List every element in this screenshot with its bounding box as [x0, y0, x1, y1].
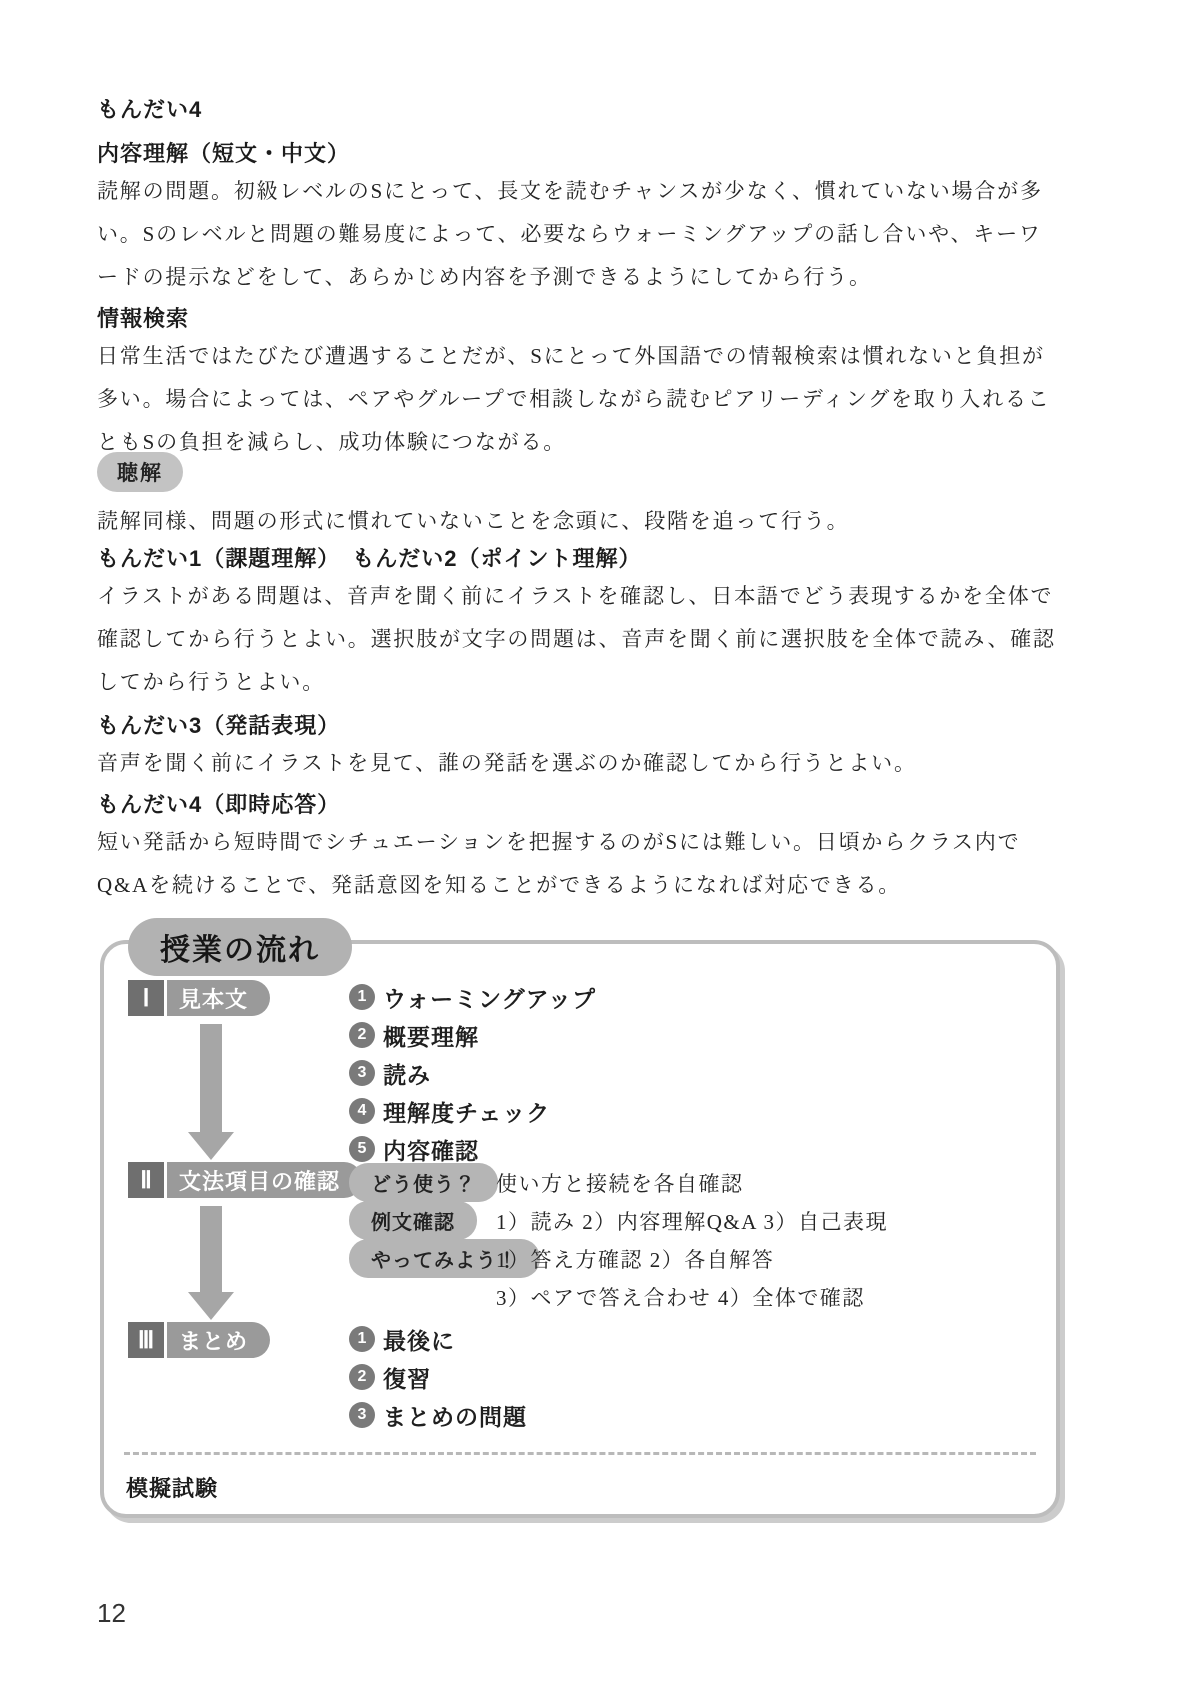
section-heading-jouhoukensaku: 情報検索 — [97, 305, 1079, 333]
flow-step-2: Ⅱ 文法項目の確認 — [128, 1162, 362, 1198]
item-number-badge: 2 — [349, 1364, 375, 1390]
sub-activity-text: 1）読み 2）内容理解Q&A 3）自己表現 — [496, 1206, 888, 1236]
paragraph-listening-1: イラストがある問題は、音声を聞く前にイラストを確認し、日本語でどう表現するかを全… — [97, 575, 1079, 704]
flow-step3-item: 1 最後に — [349, 1324, 455, 1354]
step-label-1: 見本文 — [167, 980, 270, 1016]
step-label-2: 文法項目の確認 — [167, 1162, 362, 1198]
item-label: 概要理解 — [383, 1019, 479, 1052]
sub-activity-text: 3）ペアで答え合わせ 4）全体で確認 — [496, 1282, 865, 1312]
item-label: ウォーミングアップ — [383, 981, 596, 1014]
section-heading-naiyourikai: 内容理解（短文・中文） — [97, 140, 1079, 168]
item-label: 読み — [383, 1057, 431, 1090]
flow-step3-item: 3 まとめの問題 — [349, 1400, 527, 1430]
section-heading-mondai4-sokuji: もんだい4（即時応答） — [97, 791, 1079, 819]
paragraph-reading-2: 日常生活ではたびたび遭遇することだが、Sにとって外国語での情報検索は慣れないと負… — [97, 335, 1079, 464]
step-numeral-2: Ⅱ — [128, 1162, 164, 1198]
step-label-3: まとめ — [167, 1322, 270, 1358]
section-heading-mondai3: もんだい3（発話表現） — [97, 712, 1079, 740]
item-number-badge: 3 — [349, 1060, 375, 1086]
listening-section: 聴解 読解同様、問題の形式に慣れていないことを念頭に、段階を追って行う。 もんだ… — [97, 452, 1079, 907]
sub-activity-pill: どう使う？ — [349, 1163, 498, 1202]
item-label: 内容確認 — [383, 1133, 479, 1166]
item-label: 復習 — [383, 1361, 431, 1394]
step-numeral-3: Ⅲ — [128, 1322, 164, 1358]
flow-step1-item: 3 読み — [349, 1058, 431, 1088]
flow-step-1: Ⅰ 見本文 — [128, 980, 270, 1016]
flow-step1-item: 5 内容確認 — [349, 1134, 479, 1164]
sub-activity-text: 使い方と接続を各自確認 — [496, 1168, 744, 1198]
section-heading-mondai1-2: もんだい1（課題理解） もんだい2（ポイント理解） — [97, 545, 1079, 573]
arrow-down-icon — [200, 1024, 222, 1132]
listening-badge: 聴解 — [97, 452, 183, 492]
paragraph-listening-intro: 読解同様、問題の形式に慣れていないことを念頭に、段階を追って行う。 — [97, 500, 1079, 543]
flow-step-3: Ⅲ まとめ — [128, 1322, 270, 1358]
paragraph-reading-1: 読解の問題。初級レベルのSにとって、長文を読むチャンスが少なく、慣れていない場合… — [97, 170, 1079, 299]
flow-step3-item: 2 復習 — [349, 1362, 431, 1392]
item-number-badge: 4 — [349, 1098, 375, 1124]
item-number-badge: 1 — [349, 1326, 375, 1352]
paragraph-listening-3: 短い発話から短時間でシチュエーションを把握するのがSには難しい。日頃からクラス内… — [97, 821, 1079, 907]
item-label: 最後に — [383, 1323, 455, 1356]
item-number-badge: 3 — [349, 1402, 375, 1428]
sub-activity-pill: 例文確認 — [349, 1201, 477, 1240]
item-label: 理解度チェック — [383, 1095, 550, 1128]
reading-section: もんだい4 内容理解（短文・中文） 読解の問題。初級レベルのSにとって、長文を読… — [97, 96, 1079, 464]
flow-step1-item: 1 ウォーミングアップ — [349, 982, 596, 1012]
item-number-badge: 1 — [349, 984, 375, 1010]
flow-footer-mogishiken: 模擬試験 — [126, 1472, 218, 1503]
page-number: 12 — [97, 1598, 126, 1629]
document-page: もんだい4 内容理解（短文・中文） 読解の問題。初級レベルのSにとって、長文を読… — [0, 0, 1200, 1693]
item-label: まとめの問題 — [383, 1399, 527, 1432]
sub-activity-text: 1）答え方確認 2）各自解答 — [496, 1244, 774, 1274]
section-heading-mondai4: もんだい4 — [97, 96, 1079, 124]
lesson-flow-box: 授業の流れ Ⅰ 見本文 1 ウォーミングアップ 2 概要理解 3 読み 4 理解… — [100, 940, 1060, 1518]
step-numeral-1: Ⅰ — [128, 980, 164, 1016]
paragraph-listening-2: 音声を聞く前にイラストを見て、誰の発話を選ぶのか確認してから行うとよい。 — [97, 742, 1079, 785]
item-number-badge: 5 — [349, 1136, 375, 1162]
flow-step1-item: 4 理解度チェック — [349, 1096, 550, 1126]
arrow-down-icon — [200, 1206, 222, 1292]
arrow-down-icon — [188, 1132, 234, 1160]
flow-box-title: 授業の流れ — [128, 918, 352, 976]
dashed-divider — [124, 1452, 1036, 1455]
arrow-down-icon — [188, 1292, 234, 1320]
flow-step1-item: 2 概要理解 — [349, 1020, 479, 1050]
item-number-badge: 2 — [349, 1022, 375, 1048]
